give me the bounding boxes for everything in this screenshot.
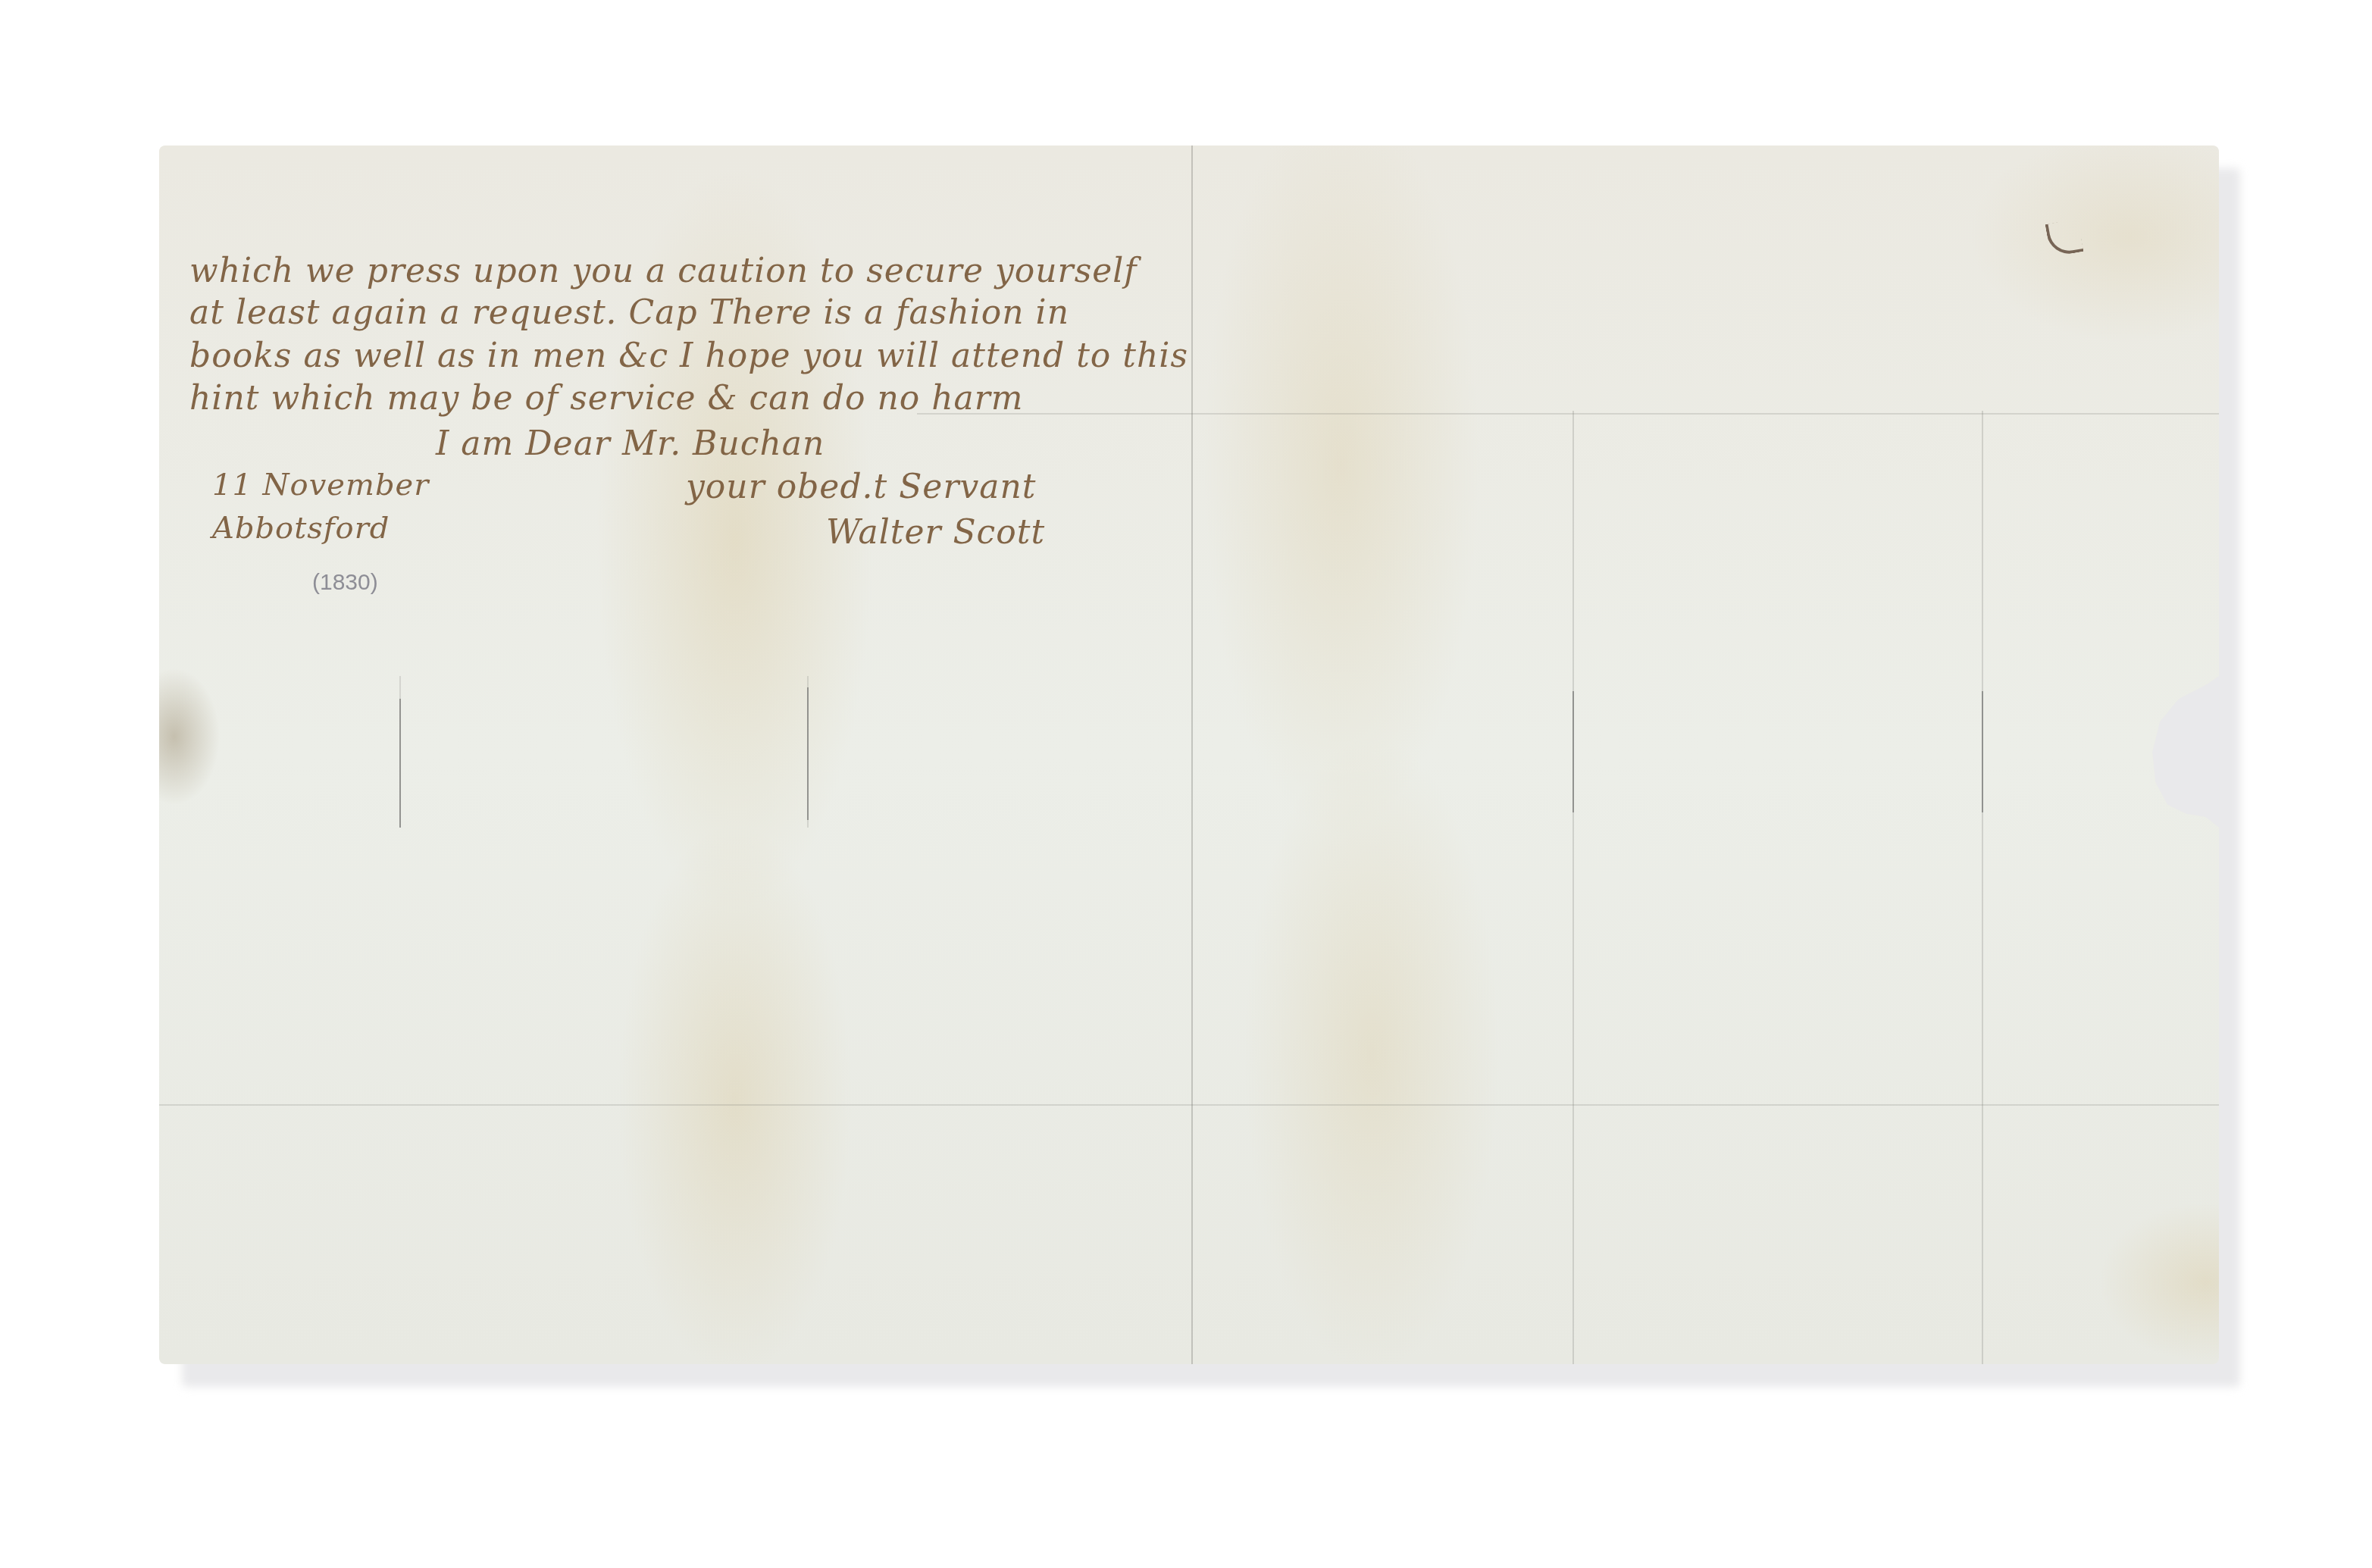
fold-line-lower: [159, 1104, 2219, 1106]
letter-line-3: books as well as in men &c I hope you wi…: [189, 336, 1188, 375]
letter-closing: I am Dear Mr. Buchan: [436, 424, 825, 463]
date-line-2: Abbotsford: [212, 511, 390, 546]
letter-line-1: which we press upon you a caution to sec…: [189, 252, 1137, 290]
letter-signature: Walter Scott: [826, 513, 1045, 552]
letter-line-4: hint which may be of service & can do no…: [189, 379, 1024, 418]
pencil-date-note: (1830): [312, 570, 378, 596]
fold-line-right: [1982, 411, 1983, 1364]
letter-sheet: which we press upon you a caution to sec…: [159, 146, 2219, 1364]
fold-line-right-mid: [1572, 411, 1574, 1364]
letter-valediction: your obed.t Servant: [686, 468, 1037, 506]
fold-line-upper: [917, 413, 2219, 415]
stitch-mark: [1572, 691, 1574, 812]
stitch-mark: [1982, 691, 1983, 812]
letter-line-2: at least again a request. Cap There is a…: [189, 293, 1069, 332]
fold-line-center: [1191, 146, 1193, 1364]
stitch-mark: [807, 687, 809, 820]
stitch-mark: [399, 699, 401, 828]
date-line-1: 11 November: [212, 468, 429, 502]
paper-surface: which we press upon you a caution to sec…: [159, 146, 2219, 1364]
